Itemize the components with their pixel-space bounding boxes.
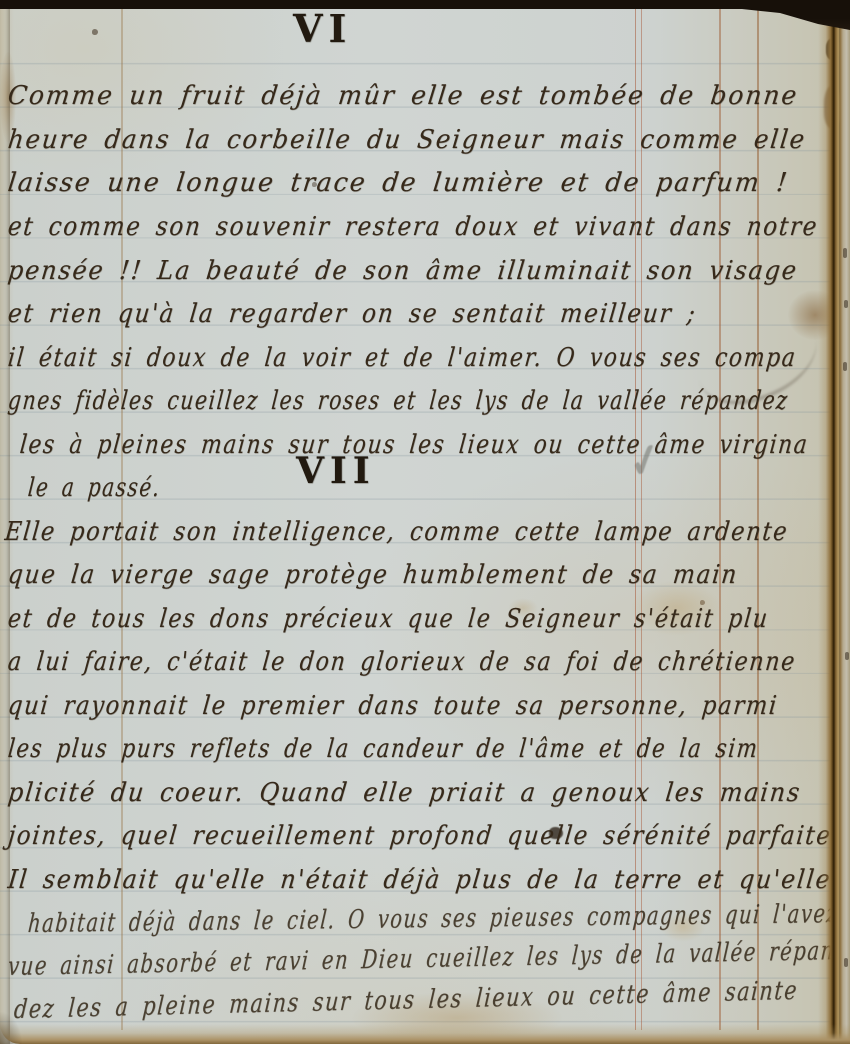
next-page-sliver: [840, 0, 850, 1044]
next-page-ink-mark: [843, 362, 847, 371]
ink-speck: [92, 29, 98, 35]
handwritten-line: et de tous les dons précieux que le Seig…: [8, 604, 769, 634]
handwritten-line: heure dans la corbeille du Seigneur mais…: [8, 125, 806, 155]
handwritten-line: les à pleines mains sur tous les lieux o…: [20, 430, 808, 460]
page-fold-edge: [818, 0, 840, 1044]
handwritten-line: que la vierge sage protège humblement de…: [8, 560, 738, 590]
handwritten-line: il était si doux de la voir et de l'aime…: [8, 343, 797, 373]
handwritten-line: Comme un fruit déjà mûr elle est tombée …: [8, 81, 798, 111]
handwritten-line: jointes, quel recueillement profond quel…: [8, 821, 832, 851]
next-page-ink-mark: [843, 248, 847, 258]
next-page-ink-mark: [844, 300, 848, 308]
bottom-page-edge: [0, 1024, 850, 1044]
next-page-ink-mark: [844, 958, 848, 967]
next-page-ink-mark: [845, 652, 849, 660]
handwritten-line: laisse une longue trace de lumière et de…: [8, 168, 788, 198]
handwritten-line: pensée !! La beauté de son âme illuminai…: [8, 256, 798, 286]
handwritten-line: le a passé.: [28, 473, 161, 503]
handwritten-line: et comme son souvenir restera doux et vi…: [8, 212, 818, 242]
handwritten-line: les plus purs reflets de la candeur de l…: [8, 734, 759, 764]
handwritten-line: a lui faire, c'était le don glorieux de …: [8, 647, 796, 677]
bottom-left-corner-shadow: [0, 1012, 22, 1044]
section-heading-vii: VII: [296, 450, 376, 492]
binding-edge: [0, 0, 10, 1044]
handwritten-line: qui rayonnait le premier dans toute sa p…: [8, 691, 778, 721]
handwritten-line: gnes fidèles cueillez les roses et les l…: [8, 386, 788, 416]
handwritten-line: Elle portait son intelligence, comme cet…: [5, 517, 788, 547]
section-heading-vi: VI: [293, 6, 352, 51]
handwritten-line: plicité du coeur. Quand elle priait a ge…: [8, 778, 801, 808]
scanned-manuscript-page: ✓ VI Comme un fruit déjà mûr elle est to…: [0, 0, 850, 1044]
handwritten-line: et rien qu'à la regarder on se sentait m…: [8, 299, 697, 329]
handwritten-line: Il semblait qu'elle n'était déjà plus de…: [8, 865, 831, 895]
